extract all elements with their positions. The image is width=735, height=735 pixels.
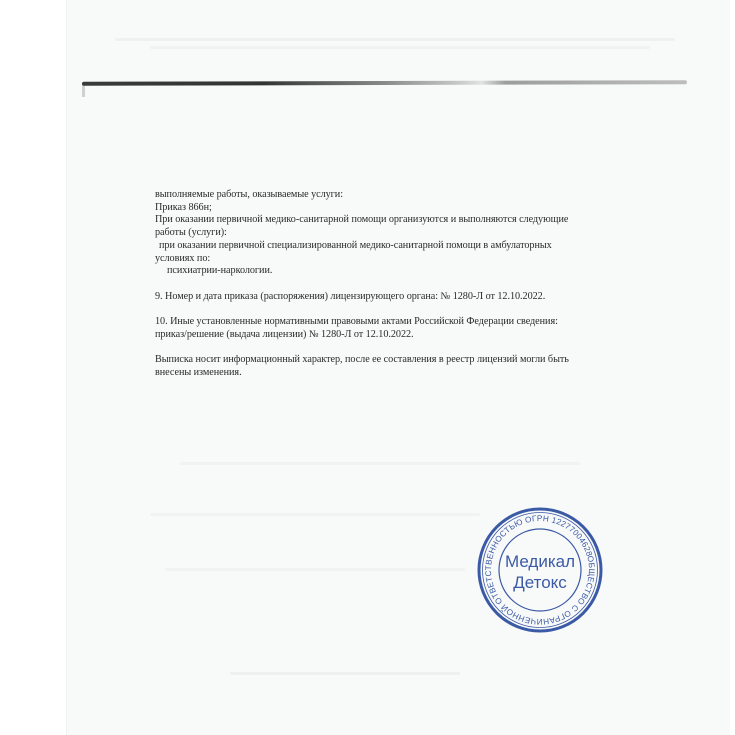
item-10-line: 10. Иные установленные нормативными прав… [155,316,635,329]
text-line: условиях по: [155,253,635,266]
bleed-through-line [150,513,480,516]
text-line: психиатрии-наркологии. [155,265,635,278]
note-line: Выписка носит информационный характер, п… [155,354,635,367]
note-line: внесены изменения. [155,367,635,380]
bleed-through-line [150,46,650,49]
item-9: 9. Номер и дата приказа (распоряжения) л… [155,291,635,304]
text-line: При оказании первичной медико-санитарной… [155,214,635,227]
stamp-name-line1: Медикал [505,552,575,571]
bleed-through-line [115,38,675,41]
stamp-name-line2: Детокс [513,573,567,592]
text-line: выполняемые работы, оказываемые услуги: [155,189,635,202]
bleed-through-line [230,672,460,675]
bleed-through-line [180,462,580,465]
bleed-through-line [165,568,465,571]
item-10-line: приказ/решение (выдача лицензии) № 1280-… [155,329,635,342]
text-line: при оказании первичной специализированно… [155,240,635,253]
stamp-seal-icon: ОБЩЕСТВО С ОГРАНИЧЕННОЙ ОТВЕТСТВЕННОСТЬЮ… [476,506,604,634]
text-line: работы (услуги): [155,227,635,240]
text-line: Приказ 866н; [155,202,635,215]
document-body: выполняемые работы, оказываемые услуги: … [155,189,635,380]
company-stamp: ОБЩЕСТВО С ОГРАНИЧЕННОЙ ОТВЕТСТВЕННОСТЬЮ… [476,506,604,634]
